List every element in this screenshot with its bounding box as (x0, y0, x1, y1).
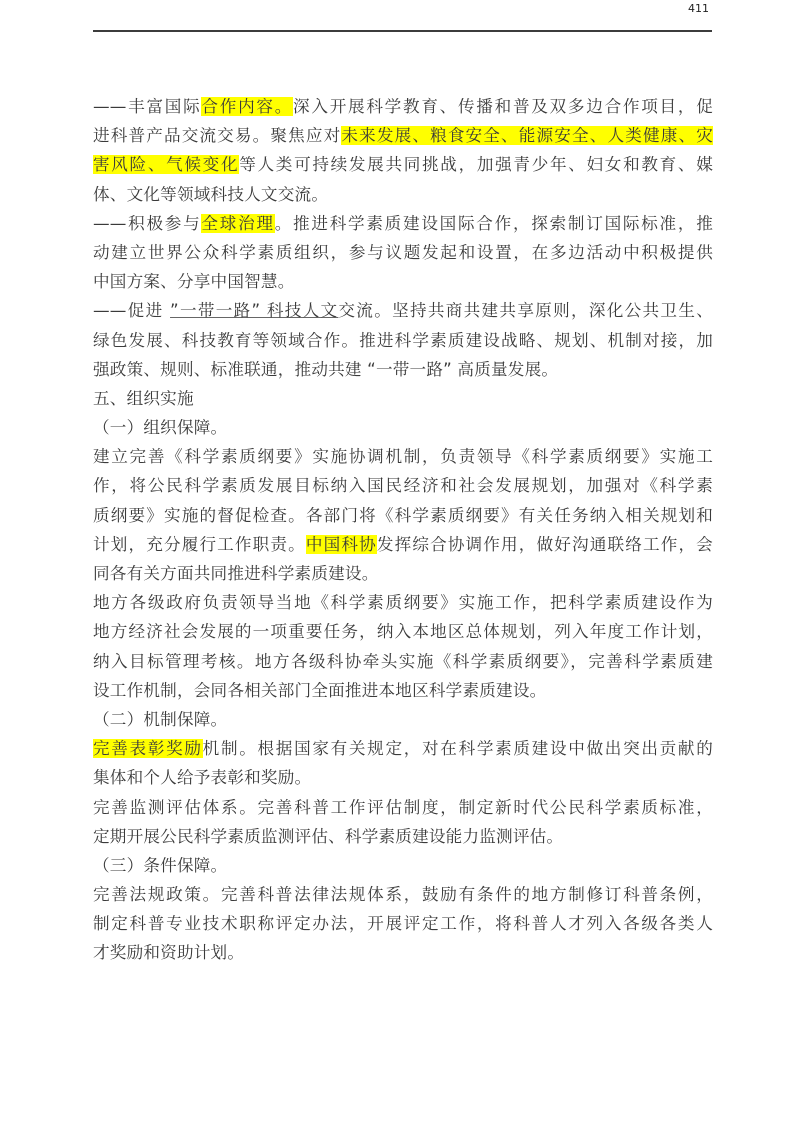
text-line: 完善监测评估体系。完善科普工作评估制度，制定新时代公民科学素质标准， (93, 793, 713, 822)
text-segment: 纳入目标管理考核。地方各级科协牵头实施《科学素质纲要》，完善科学素质建 (93, 652, 713, 671)
text-line: 害风险、气候变化等人类可持续发展共同挑战，加强青少年、妇女和教育、媒 (93, 150, 713, 179)
text-line: 体、文化等领域科技人文交流。 (93, 180, 713, 209)
text-line: ——积极参与全球治理。推进科学素质建设国际合作，探索制订国际标准，推 (93, 209, 713, 238)
text-line: 地方经济社会发展的一项重要任务，纳入本地区总体规划，列入年度工作计划， (93, 617, 713, 646)
text-segment: （二）机制保障。 (93, 710, 227, 729)
text-segment: 定期开展公民科学素质监测评估、科学素质建设能力监测评估。 (93, 827, 563, 846)
text-segment: 进科普产品交流交易。聚焦应对 (93, 126, 341, 145)
text-segment: 同各有关方面共同推进科学素质建设。 (93, 564, 379, 583)
text-segment: 动建立世界公众科学素质组织，参与议题发起和设置，在多边活动中积极提供 (93, 243, 713, 262)
text-segment: 计划，充分履行工作职责。 (93, 535, 306, 554)
text-segment: 制定科普专业技术职称评定办法，开展评定工作，将科普人才列入各级各类人 (93, 914, 713, 933)
text-line: 完善法规政策。完善科普法律法规体系，鼓励有条件的地方制修订科普条例， (93, 880, 713, 909)
text-line: ——丰富国际合作内容。深入开展科学教育、传播和普及双多边合作项目，促 (93, 92, 713, 121)
text-segment: 完善法规政策。完善科普法律法规体系，鼓励有条件的地方制修订科普条例， (93, 885, 713, 904)
text-segment: 强政策、规则、标准联通，推动共建 “一带一路” 高质量发展。 (93, 360, 558, 379)
text-line: （二）机制保障。 (93, 705, 713, 734)
text-line: ——促进 ”一带一路” 科技人文交流。坚持共商共建共享原则，深化公共卫生、 (93, 296, 713, 325)
text-segment: 发挥综合协调作用，做好沟通联络工作，会 (377, 535, 713, 554)
text-line: 绿色发展、科技教育等领域合作。推进科学素质建设战略、规划、机制对接，加 (93, 326, 713, 355)
highlighted-text: 中国科协 (306, 535, 377, 554)
text-segment: （一）组织保障。 (93, 418, 227, 437)
text-line: 地方各级政府负责领导当地《科学素质纲要》实施工作，把科学素质建设作为 (93, 588, 713, 617)
text-segment: 作，将公民科学素质发展目标纳入国民经济和社会发展规划，加强对《科学素 (93, 476, 713, 495)
highlighted-text: 完善表彰奖励 (93, 739, 203, 758)
text-line: 作，将公民科学素质发展目标纳入国民经济和社会发展规划，加强对《科学素 (93, 471, 713, 500)
text-segment: ——积极参与 (93, 214, 201, 233)
text-segment: 地方经济社会发展的一项重要任务，纳入本地区总体规划，列入年度工作计划， (93, 622, 713, 641)
highlighted-text: 未来发展、粮食安全、能源安全、人类健康、灾 (341, 126, 713, 145)
text-segment: 质纲要》实施的督促检查。各部门将《科学素质纲要》有关任务纳入相关规划和 (93, 506, 713, 525)
text-line: 强政策、规则、标准联通，推动共建 “一带一路” 高质量发展。 (93, 355, 713, 384)
document-body: ——丰富国际合作内容。深入开展科学教育、传播和普及双多边合作项目，促进科普产品交… (93, 92, 713, 968)
text-segment: 地方各级政府负责领导当地《科学素质纲要》实施工作，把科学素质建设作为 (93, 593, 713, 612)
text-line: 设工作机制，会同各相关部门全面推进本地区科学素质建设。 (93, 676, 713, 705)
text-line: 制定科普专业技术职称评定办法，开展评定工作，将科普人才列入各级各类人 (93, 909, 713, 938)
text-segment: 完善监测评估体系。完善科普工作评估制度，制定新时代公民科学素质标准， (93, 798, 713, 817)
text-segment: 。推进科学素质建设国际合作，探索制订国际标准，推 (275, 214, 713, 233)
text-line: （三）条件保障。 (93, 851, 713, 880)
text-line: 建立完善《科学素质纲要》实施协调机制，负责领导《科学素质纲要》实施工 (93, 442, 713, 471)
text-segment: 机制。根据国家有关规定，对在科学素质建设中做出突出贡献的 (203, 739, 713, 758)
text-line: 完善表彰奖励机制。根据国家有关规定，对在科学素质建设中做出突出贡献的 (93, 734, 713, 763)
text-segment: 中国方案、分享中国智慧。 (93, 272, 295, 291)
text-line: 五、组织实施 (93, 384, 713, 413)
text-segment: 深入开展科学教育、传播和普及双多边合作项目，促 (293, 97, 713, 116)
text-segment: 绿色发展、科技教育等领域合作。推进科学素质建设战略、规划、机制对接，加 (93, 331, 713, 350)
text-segment: 五、组织实施 (93, 389, 194, 408)
text-line: 才奖励和资助计划。 (93, 938, 713, 967)
text-line: 定期开展公民科学素质监测评估、科学素质建设能力监测评估。 (93, 822, 713, 851)
underlined-text: ”一带一路” 科技人文 (170, 301, 338, 320)
text-segment: 等人类可持续发展共同挑战，加强青少年、妇女和教育、媒 (239, 155, 713, 174)
text-segment: 体、文化等领域科技人文交流。 (93, 185, 328, 204)
text-segment: 设工作机制，会同各相关部门全面推进本地区科学素质建设。 (93, 681, 546, 700)
text-segment: ——促进 (93, 301, 170, 320)
highlighted-text: 害风险、气候变化 (93, 155, 239, 174)
text-line: 同各有关方面共同推进科学素质建设。 (93, 559, 713, 588)
text-segment: 交流。坚持共商共建共享原则，深化公共卫生、 (338, 301, 713, 320)
text-line: 进科普产品交流交易。聚焦应对未来发展、粮食安全、能源安全、人类健康、灾 (93, 121, 713, 150)
text-line: 纳入目标管理考核。地方各级科协牵头实施《科学素质纲要》，完善科学素质建 (93, 647, 713, 676)
text-line: 计划，充分履行工作职责。中国科协发挥综合协调作用，做好沟通联络工作，会 (93, 530, 713, 559)
highlighted-text: 全球治理 (201, 214, 274, 233)
text-segment: （三）条件保障。 (93, 856, 227, 875)
text-segment: 才奖励和资助计划。 (93, 943, 244, 962)
header-rule (93, 30, 712, 32)
text-line: 中国方案、分享中国智慧。 (93, 267, 713, 296)
text-line: 集体和个人给予表彰和奖励。 (93, 763, 713, 792)
text-segment: 建立完善《科学素质纲要》实施协调机制，负责领导《科学素质纲要》实施工 (93, 447, 713, 466)
text-segment: ——丰富国际 (93, 97, 201, 116)
text-segment: 集体和个人给予表彰和奖励。 (93, 768, 311, 787)
text-line: 质纲要》实施的督促检查。各部门将《科学素质纲要》有关任务纳入相关规划和 (93, 501, 713, 530)
highlighted-text: 合作内容。 (201, 97, 293, 116)
page-number: 411 (688, 2, 709, 15)
text-line: 动建立世界公众科学素质组织，参与议题发起和设置，在多边活动中积极提供 (93, 238, 713, 267)
text-line: （一）组织保障。 (93, 413, 713, 442)
